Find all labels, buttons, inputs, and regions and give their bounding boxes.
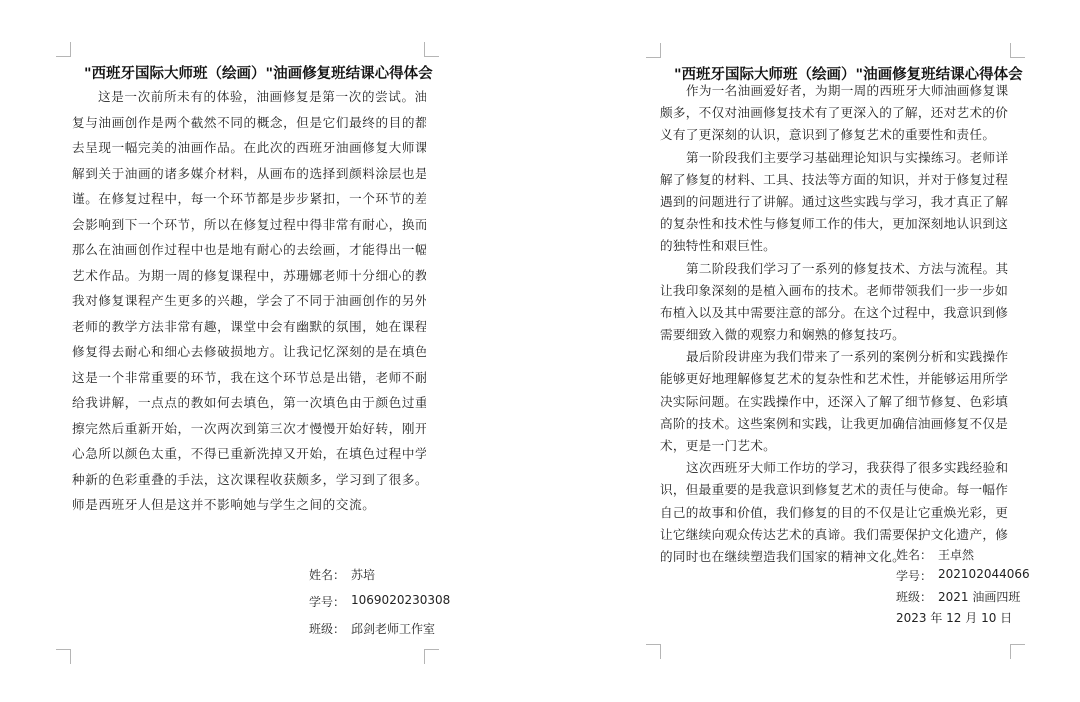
signature-block: 姓名： 苏培 学号： 1069020230308 班级： 邱剑老师工作室 [309,566,450,647]
page-corner-mark-top-left [646,43,661,58]
page-corner-mark-bottom-right [424,649,439,664]
essay-line: 第一阶段我们主要学习基础理论知识与实操练习。老师详细地讲 [660,150,1008,172]
signature-name-row: 姓名： 王卓然 [896,546,1030,567]
essay-line: 能够更好地理解修复艺术的复杂性和艺术性，并能够运用所学知识解 [660,371,1008,393]
essay-line: 自己的故事和价值，我们修复的目的不仅是让它重焕光彩，更是为了 [660,505,1008,527]
essay-line: 让我印象深刻的是植入画布的技术。老师带领我们一步一步如何将画 [660,283,1008,305]
essay-line: 义有了更深刻的认识，意识到了修复艺术的重要性和责任。 [660,127,1008,149]
page-corner-mark-bottom-left [646,644,661,659]
student-id-value: 202102044066 [938,567,1030,588]
name-label: 姓名： [309,566,345,593]
class-value: 邱剑老师工作室 [351,620,435,647]
class-value: 2021 油画四班 [938,588,1020,609]
essay-line: 心急所以颜色太重，不得已重新洗掉又开始，在填色过程中学到了一 [72,446,426,472]
essay-line: 种新的色彩重叠的手法，这次课程收获颇多，学习到了很多。虽然老 [72,472,426,498]
essay-line: 颇多，不仅对油画修复技术有了更深入的了解，还对艺术的价值和意 [660,105,1008,127]
essay-line: 这是一次前所未有的体验，油画修复是第一次的尝试。油画修 [72,89,426,115]
page-title: "西班牙国际大师班（绘画）"油画修复班结课心得体会 [84,62,433,83]
essay-line: 复与油画创作是两个截然不同的概念，但是它们最终的目的都是为了 [72,115,426,141]
signature-class-row: 班级： 邱剑老师工作室 [309,620,450,647]
signature-class-row: 班级： 2021 油画四班 [896,588,1030,609]
document-page-left: "西班牙国际大师班（绘画）"油画修复班结课心得体会 这是一次前所未有的体验，油画… [0,0,540,702]
signature-id-row: 学号： 202102044066 [896,567,1030,588]
essay-line: 那么在油画创作过程中也是地有耐心的去绘画，才能得出一幅优秀的 [72,242,426,268]
essay-line: 师是西班牙人但是这并不影响她与学生之间的交流。 [72,497,426,523]
essay-line: 的独特性和艰巨性。 [660,238,1008,260]
signature-name-row: 姓名： 苏培 [309,566,450,593]
essay-line: 这次西班牙大师工作坊的学习，我获得了很多实践经验和专业知 [660,460,1008,482]
student-id-value: 1069020230308 [351,593,450,620]
name-value: 王卓然 [938,546,974,567]
essay-line: 布植入以及其中需要注意的部分。在这个过程中，我意识到修复艺术 [660,305,1008,327]
essay-line: 解了修复的材料、工具、技法等方面的知识，并对于修复过程中可能 [660,172,1008,194]
essay-line: 解到关于油画的诸多媒介材料，从画布的选择到颜料涂层也是非常严 [72,166,426,192]
name-label: 姓名： [896,546,932,567]
essay-line: 老师的教学方法非常有趣，课堂中会有幽默的氛围，她在课程中说道 [72,319,426,345]
essay-line: 艺术作品。为期一周的修复课程中，苏珊娜老师十分细心的教学，让 [72,268,426,294]
essay-line: 这是一个非常重要的环节，我在这个环节总是出错，老师不耐其烦的 [72,370,426,396]
essay-body: 作为一名油画爱好者，为期一周的西班牙大师油画修复课我收获颇多，不仅对油画修复技术… [660,83,1008,571]
page-corner-mark-top-left [56,42,71,57]
essay-line: 遇到的问题进行了讲解。通过这些实践与学习，我才真正了解到修复 [660,194,1008,216]
essay-line: 作为一名油画爱好者，为期一周的西班牙大师油画修复课我收获 [660,83,1008,105]
essay-line: 需要细致入微的观察力和娴熟的修复技巧。 [660,327,1008,349]
essay-line: 术，更是一门艺术。 [660,438,1008,460]
essay-body: 这是一次前所未有的体验，油画修复是第一次的尝试。油画修复与油画创作是两个截然不同… [72,89,426,523]
page-corner-mark-bottom-right [1010,644,1025,659]
essay-line: 我对修复课程产生更多的兴趣，学会了不同于油画创作的另外的知识， [72,293,426,319]
essay-line: 决实际问题。在实践操作中，还深入了解了细节修复、色彩填补等更 [660,394,1008,416]
class-label: 班级： [309,620,345,647]
signature-date-row: 2023 年 12 月 10 日 [896,609,1030,630]
date-value: 2023 年 12 月 10 日 [896,609,1012,630]
class-label: 班级： [896,588,932,609]
essay-line: 谨。在修复过程中，每一个环节都是步步紧扣，一个环节的差错可能 [72,191,426,217]
essay-line: 识，但最重要的是我意识到修复艺术的责任与使命。每一幅作品都有 [660,482,1008,504]
student-id-label: 学号： [896,567,932,588]
name-value: 苏培 [351,566,375,593]
essay-line: 修复得去耐心和细心去修破损地方。让我记忆深刻的是在填色部分， [72,344,426,370]
signature-id-row: 学号： 1069020230308 [309,593,450,620]
essay-line: 第二阶段我们学习了一系列的修复技术、方法与流程。其中，最 [660,261,1008,283]
essay-line: 的复杂性和技术性与修复师工作的伟大，更加深刻地认识到这门艺术 [660,216,1008,238]
page-corner-mark-top-right [424,42,439,57]
essay-line: 擦完然后重新开始，一次两次到第三次才慢慢开始好转，刚开始由于 [72,421,426,447]
essay-line: 会影响到下一个环节，所以在修复过程中得非常有耐心，换而言之， [72,217,426,243]
page-corner-mark-top-right [1010,43,1025,58]
essay-line: 高阶的技术。这些案例和实践，让我更加确信油画修复不仅是一门技 [660,416,1008,438]
student-id-label: 学号： [309,593,345,620]
page-corner-mark-bottom-left [56,649,71,664]
essay-line: 给我讲解，一点点的教如何去填色，第一次填色由于颜色过重，全部 [72,395,426,421]
page-title: "西班牙国际大师班（绘画）"油画修复班结课心得体会 [674,63,1023,84]
essay-line: 去呈现一幅完美的油画作品。在此次的西班牙油画修复大师课中，了 [72,140,426,166]
essay-line: 最后阶段讲座为我们带来了一系列的案例分析和实践操作，我们 [660,349,1008,371]
signature-block: 姓名： 王卓然 学号： 202102044066 班级： 2021 油画四班 2… [896,546,1030,630]
